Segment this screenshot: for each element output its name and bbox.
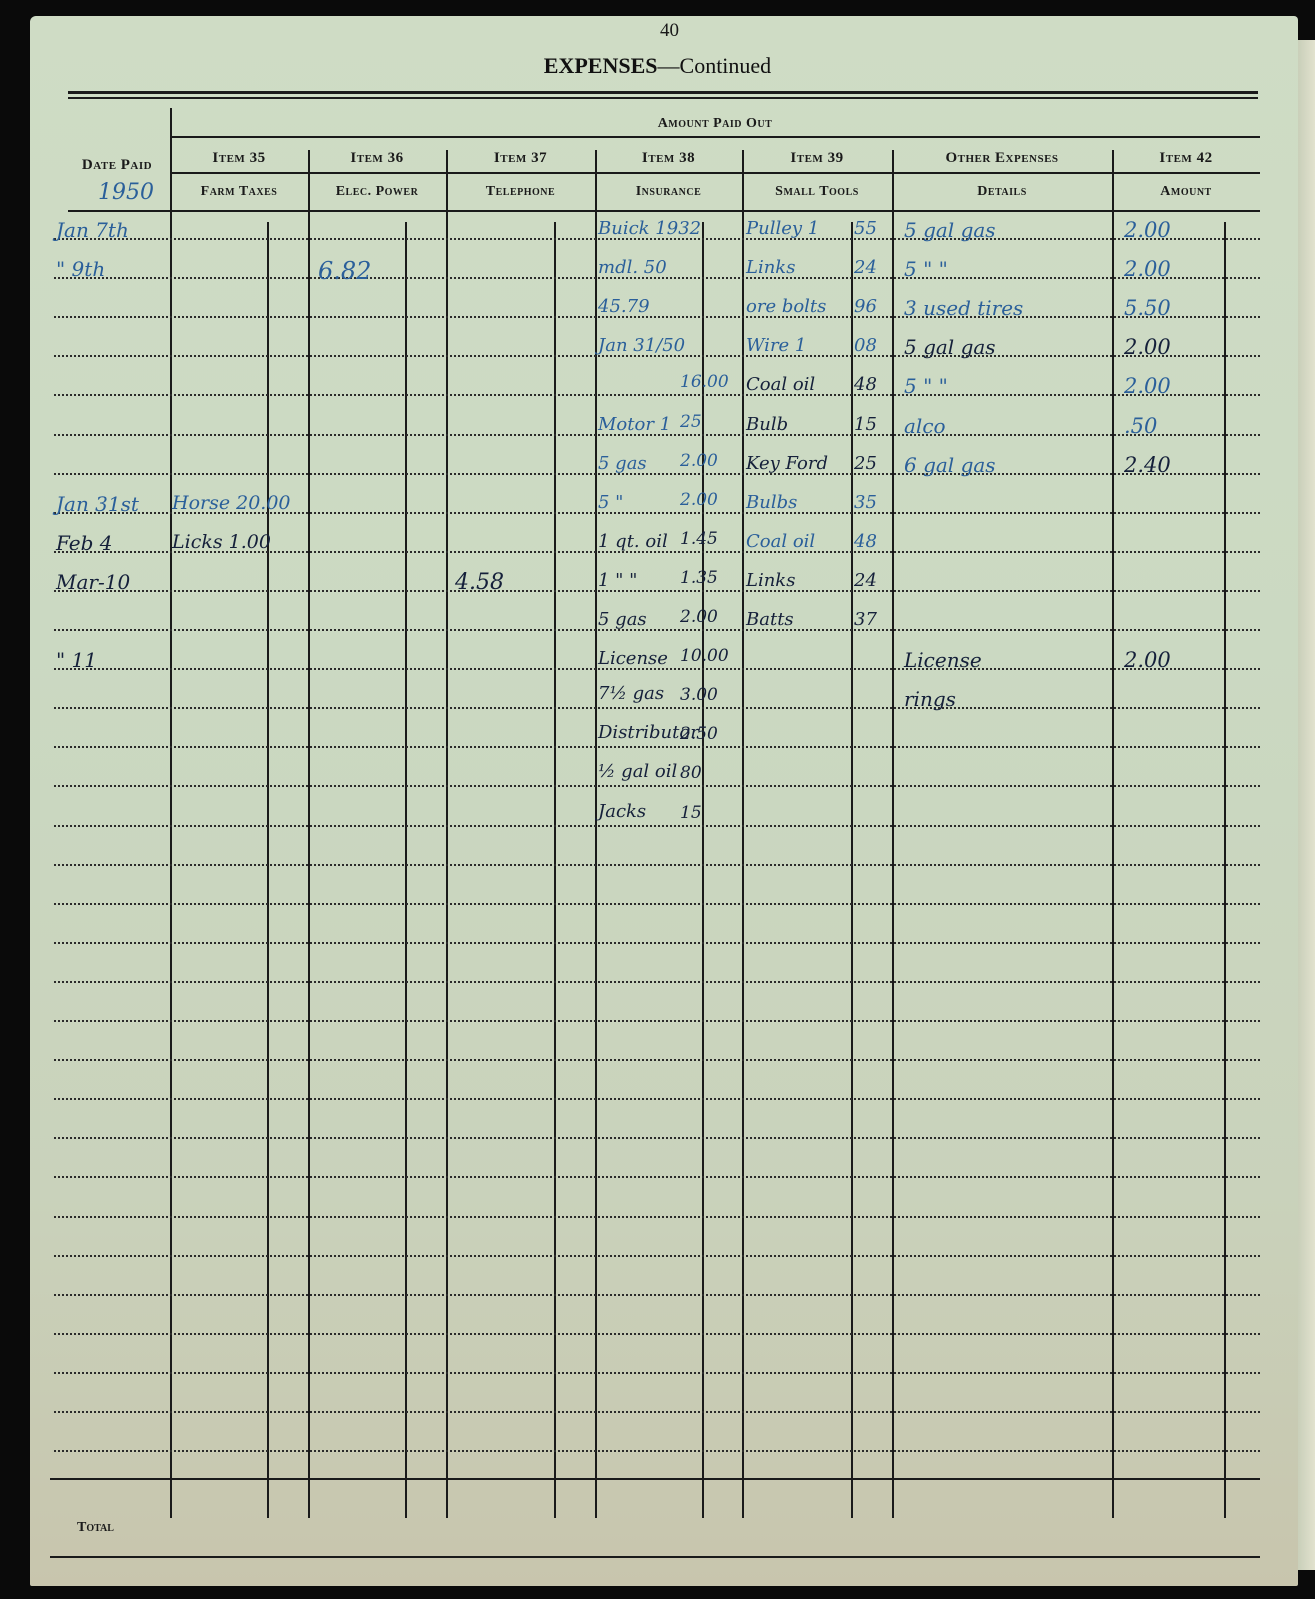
other-expense-amount: 2.00 [1124, 374, 1171, 398]
cents-divider [554, 222, 556, 1518]
ruled-line [54, 590, 1260, 592]
small-tools-amount: 96 [854, 296, 877, 317]
insurance-amount: 2.50 [680, 724, 718, 744]
next-page-edge [1298, 40, 1315, 1570]
cents-divider [851, 222, 853, 1518]
insurance-entry: Buick 1932 [598, 218, 701, 239]
farm-taxes-entry: Horse 20.00 [172, 492, 291, 514]
other-expense-amount: 2.00 [1124, 335, 1171, 359]
telephone-entry: 4.58 [455, 570, 504, 595]
amount-rule [172, 136, 1260, 138]
insurance-entry: ½ gal oil [598, 761, 677, 782]
ruled-line [54, 746, 1260, 748]
date-paid-entry: Feb 4 [56, 531, 113, 555]
small-tools-entry: Coal oil [746, 374, 815, 395]
ruled-line [54, 1372, 1260, 1374]
column-label-header: Elec. Power [308, 184, 446, 200]
page-title: EXPENSES—Continued [0, 53, 1315, 79]
column-item-header: Item 38 [595, 150, 742, 167]
column-divider [170, 108, 172, 1518]
column-item-header: Item 37 [446, 150, 595, 167]
column-label-header: Amount [1112, 184, 1260, 200]
insurance-entry: 5 " [598, 492, 623, 513]
ledger-page [30, 16, 1298, 1586]
insurance-amount: 3.00 [680, 685, 718, 705]
ruled-line [54, 1098, 1260, 1100]
insurance-entry: mdl. 50 [598, 257, 667, 278]
insurance-amount: 15 [680, 803, 702, 823]
small-tools-amount: 48 [854, 374, 877, 395]
insurance-amount: 2.00 [680, 451, 718, 471]
ruled-line [54, 1450, 1260, 1452]
ruled-line [54, 629, 1260, 631]
other-expense-detail: alco [904, 414, 946, 438]
header-bottom-rule [68, 210, 1260, 212]
item-rule [172, 172, 1260, 174]
ruled-line [54, 1294, 1260, 1296]
ruled-line [54, 1411, 1260, 1413]
column-item-header: Item 35 [170, 150, 308, 167]
small-tools-entry: Key Ford [746, 453, 828, 474]
other-expense-detail: 5 gal gas [904, 218, 996, 242]
cents-divider [267, 222, 269, 1518]
insurance-amount: 2.00 [680, 490, 718, 510]
elec-power-entry: 6.82 [318, 257, 371, 285]
cents-divider [1224, 222, 1226, 1518]
date-paid-entry: Jan 7th [56, 218, 129, 242]
insurance-amount: 2.00 [680, 607, 718, 627]
insurance-entry: Jan 31/50 [598, 335, 685, 356]
insurance-amount: 25 [680, 412, 702, 432]
ruled-line [54, 316, 1260, 318]
column-item-header: Item 36 [308, 150, 446, 167]
ruled-line [54, 1137, 1260, 1139]
small-tools-entry: Coal oil [746, 531, 815, 552]
ruled-line [54, 903, 1260, 905]
total-rule-bottom [50, 1556, 1260, 1558]
ruled-line [54, 394, 1260, 396]
other-expense-amount: .50 [1124, 414, 1157, 438]
insurance-amount: 10.00 [680, 646, 729, 666]
small-tools-entry: Bulb [746, 414, 788, 435]
small-tools-entry: Bulbs [746, 492, 797, 513]
insurance-entry: 45.79 [598, 296, 650, 317]
small-tools-amount: 35 [854, 492, 877, 513]
cents-divider [405, 222, 407, 1518]
farm-taxes-entry: Licks 1.00 [172, 531, 271, 553]
insurance-entry: License [598, 648, 668, 669]
small-tools-entry: Links [746, 570, 795, 591]
small-tools-amount: 37 [854, 609, 877, 630]
ruled-line [54, 864, 1260, 866]
insurance-entry: 1 qt. oil [598, 531, 668, 552]
other-expense-detail: 5 gal gas [904, 335, 996, 359]
date-paid-entry: Mar-10 [56, 570, 130, 594]
other-expense-amount: 2.40 [1124, 453, 1171, 477]
small-tools-amount: 08 [854, 335, 877, 356]
cents-divider [702, 222, 704, 1518]
small-tools-amount: 24 [854, 257, 877, 278]
total-label: Total [77, 1520, 114, 1536]
date-paid-entry: " 9th [56, 257, 105, 281]
small-tools-amount: 48 [854, 531, 877, 552]
insurance-entry: Motor 1 [598, 414, 671, 435]
small-tools-entry: Links [746, 257, 795, 278]
ruled-line [54, 1020, 1260, 1022]
other-expense-detail: 5 " " [904, 374, 948, 398]
ruled-line [54, 1059, 1260, 1061]
ruled-line [54, 707, 1260, 709]
other-expense-amount: 5.50 [1124, 296, 1171, 320]
other-expense-detail: 3 used tires [904, 296, 1023, 320]
other-expense-detail: rings [904, 687, 956, 711]
other-expense-amount: 2.00 [1124, 257, 1171, 281]
header-rule-top-2 [68, 97, 1258, 99]
small-tools-entry: Pulley 1 [746, 218, 819, 239]
insurance-amount: 1.45 [680, 529, 718, 549]
date-paid-entry: " 11 [56, 648, 97, 672]
small-tools-amount: 15 [854, 414, 877, 435]
small-tools-amount: 24 [854, 570, 877, 591]
ruled-line [54, 473, 1260, 475]
small-tools-amount: 55 [854, 218, 877, 239]
date-paid-entry: Jan 31st [56, 492, 139, 516]
total-rule-top [50, 1478, 1260, 1480]
column-label-header: Details [892, 184, 1112, 200]
column-item-header: Other Expenses [892, 150, 1112, 167]
header-rule-top [68, 91, 1258, 94]
small-tools-entry: Batts [746, 609, 794, 630]
column-item-header: Item 42 [1112, 150, 1260, 167]
ruled-line [54, 1255, 1260, 1257]
small-tools-amount: 25 [854, 453, 877, 474]
insurance-amount: 80 [680, 763, 702, 783]
other-expense-amount: 2.00 [1124, 218, 1171, 242]
column-label-header: Telephone [446, 184, 595, 200]
insurance-amount: 1.35 [680, 568, 718, 588]
insurance-entry: 1 " " [598, 570, 637, 591]
other-expense-detail: 6 gal gas [904, 453, 996, 477]
page-number: 40 [660, 20, 679, 42]
column-label-header: Farm Taxes [170, 184, 308, 200]
ruled-line [54, 1333, 1260, 1335]
other-expense-amount: 2.00 [1124, 648, 1171, 672]
other-expense-detail: License [904, 648, 982, 672]
insurance-entry: Jacks [598, 801, 646, 822]
small-tools-entry: ore bolts [746, 296, 826, 317]
ruled-line [54, 1216, 1260, 1218]
insurance-entry: 7½ gas [598, 683, 664, 704]
insurance-amount: 16.00 [680, 372, 729, 392]
other-expense-detail: 5 " " [904, 257, 948, 281]
column-label-header: Insurance [595, 184, 742, 200]
column-label-header: Small Tools [742, 184, 892, 200]
date-paid-header: Date Paid [66, 157, 168, 174]
small-tools-entry: Wire 1 [746, 335, 806, 356]
ruled-line [54, 825, 1260, 827]
ruled-line [54, 785, 1260, 787]
ruled-line [54, 942, 1260, 944]
insurance-entry: 5 gas [598, 453, 647, 474]
year-entry: 1950 [98, 180, 154, 205]
column-item-header: Item 39 [742, 150, 892, 167]
insurance-entry: 5 gas [598, 609, 647, 630]
ruled-line [54, 1176, 1260, 1178]
ruled-line [54, 981, 1260, 983]
amount-paid-out-header: Amount Paid Out [170, 116, 1260, 132]
